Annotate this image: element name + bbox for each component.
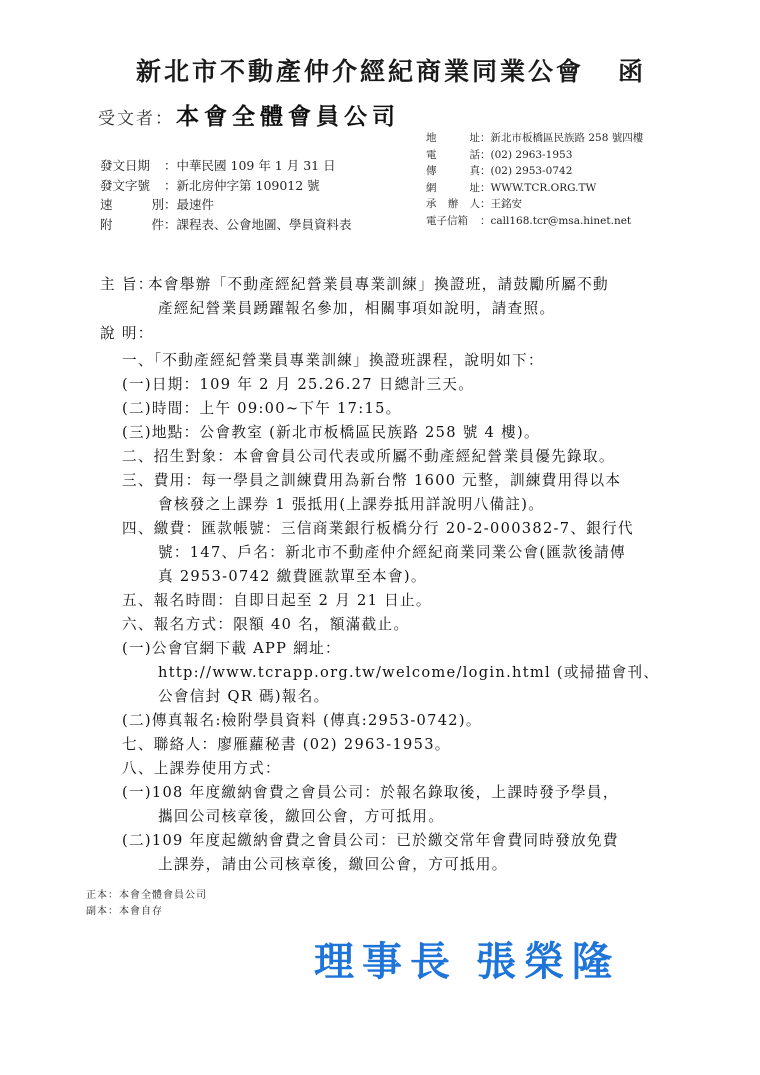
original-recipient: 正本：本會全體會員公司 — [86, 888, 207, 904]
organization-name: 新北市不動產仲介經紀商業同業公會 — [136, 57, 584, 86]
contact-row: 地址：新北市板橋區民族路 258 號四樓 — [426, 130, 643, 147]
meta-value: 新北房仲字第 109012 號 — [177, 176, 320, 196]
contact-row: 網址：WWW.TCR.ORG.TW — [426, 180, 643, 197]
contact-label-part: 話 — [470, 147, 481, 164]
explanation-line: 真 2953-0742 繳費匯款單至本會)。 — [158, 565, 427, 586]
contact-label-part: 辦 — [448, 196, 459, 213]
meta-row: 附件：課程表、公會地圖、學員資料表 — [100, 215, 352, 235]
explanation-line: (二)時間：上午 09:00~下午 17:15。 — [122, 397, 402, 418]
explanation-line: 二、招生對象：本會會員公司代表或所屬不動產經紀營業員優先錄取。 — [122, 445, 615, 466]
contact-label-part: 人 — [470, 196, 481, 213]
explanation-line: (二)傳真報名:檢附學員資料 (傳真:2953-0742)。 — [122, 709, 482, 730]
contact-label: 電話 — [426, 147, 480, 164]
contact-label-part: 址 — [470, 180, 481, 197]
colon: ： — [480, 163, 491, 180]
meta-label-part: 速 — [100, 195, 113, 215]
contact-row: 電子信箱：call168.tcr@msa.hinet.net — [426, 213, 643, 230]
subject-label: 主 旨： — [100, 273, 154, 294]
contact-row: 承辦人：王銘安 — [426, 196, 643, 213]
contact-row: 傳真：(02) 2953-0742 — [426, 163, 643, 180]
contact-label-part: 址 — [470, 130, 481, 147]
meta-label: 發文字號 — [100, 176, 164, 196]
subject-line-1: 本會舉辦「不動產經紀營業員專業訓練」換證班，請鼓勵所屬不動 — [148, 273, 609, 294]
contact-value: WWW.TCR.ORG.TW — [491, 180, 597, 197]
explanation-line: 公會信封 QR 碼)報名。 — [158, 685, 330, 706]
explanation-line: 八、上課券使用方式： — [122, 757, 281, 778]
distribution-block: 正本：本會全體會員公司 副本：本會自存 — [86, 888, 207, 920]
meta-label-part: 發文日期 — [100, 156, 150, 176]
explanation-label: 說 明： — [100, 322, 154, 343]
meta-row: 發文字號：新北房仲字第 109012 號 — [100, 176, 352, 196]
contact-label: 網址 — [426, 180, 480, 197]
explanation-line: 四、繳費：匯款帳號：三信商業銀行板橋分行 20-2-000382-7、銀行代 — [122, 517, 634, 538]
contact-label-part: 傳 — [426, 163, 437, 180]
explanation-line: (一)日期：109 年 2 月 25.26.27 日總計三天。 — [122, 373, 474, 394]
explanation-line: (二)109 年度起繳納會費之會員公司：已於繳交常年會費同時發放免費 — [122, 829, 619, 850]
contact-info-block: 地址：新北市板橋區民族路 258 號四樓電話：(02) 2963-1953傳真：… — [426, 130, 643, 229]
colon: ： — [480, 180, 491, 197]
explanation-line: 上課券，請由公司核章後，繳回公會，方可抵用。 — [158, 853, 508, 874]
colon: ： — [164, 156, 177, 176]
contact-label-part: 電子信箱 — [426, 213, 468, 230]
colon: ： — [480, 196, 491, 213]
meta-row: 速別：最速件 — [100, 195, 352, 215]
contact-value: (02) 2963-1953 — [491, 147, 573, 164]
colon: ： — [164, 215, 177, 235]
explanation-line: 三、費用：每一學員之訓練費用為新台幣 1600 元整，訓練費用得以本 — [122, 469, 621, 490]
chairman-signature-stamp: 理事長張榮隆 — [314, 930, 620, 987]
colon: ： — [164, 195, 177, 215]
meta-value: 最速件 — [177, 195, 215, 215]
explanation-line: (一)108 年度繳納會費之會員公司：於報名錄取後，上課時發予學員， — [122, 781, 619, 802]
meta-label-part: 別 — [151, 195, 164, 215]
contact-value: call168.tcr@msa.hinet.net — [491, 213, 632, 230]
meta-label-part: 附 — [100, 215, 113, 235]
contact-label: 傳真 — [426, 163, 480, 180]
meta-label: 附件 — [100, 215, 164, 235]
explanation-line: (三)地點：公會教室 (新北市板橋區民族路 258 號 4 樓)。 — [122, 421, 540, 442]
signature-title: 理事長 — [314, 939, 458, 985]
explanation-line: http://www.tcrapp.org.tw/welcome/login.h… — [158, 661, 659, 682]
contact-label: 地址 — [426, 130, 480, 147]
meta-label-part: 發文字號 — [100, 176, 150, 196]
contact-label-part: 真 — [470, 163, 481, 180]
meta-row: 發文日期：中華民國 109 年 1 月 31 日 — [100, 156, 352, 176]
explanation-line: 七、聯絡人：廖雁蘿秘書 (02) 2963-1953。 — [122, 733, 451, 754]
meta-value: 課程表、公會地圖、學員資料表 — [177, 215, 352, 235]
meta-value: 中華民國 109 年 1 月 31 日 — [177, 156, 336, 176]
contact-label: 承辦人 — [426, 196, 480, 213]
recipient-label: 受文者： — [98, 104, 174, 129]
document-title: 新北市不動產仲介經紀商業同業公會函 — [136, 52, 646, 88]
contact-label-part: 承 — [426, 196, 437, 213]
colon: ： — [480, 130, 491, 147]
explanation-line: 一、「不動產經紀營業員專業訓練」換證班課程，說明如下： — [122, 349, 544, 370]
colon: ： — [480, 147, 491, 164]
explanation-line: 會核發之上課券 1 張抵用(上課券抵用詳說明八備註)。 — [158, 493, 544, 514]
subject-line-2: 產經紀營業員踴躍報名參加，相關事項如說明，請查照。 — [158, 297, 555, 318]
contact-label-part: 網 — [426, 180, 437, 197]
colon: ： — [480, 213, 491, 230]
contact-row: 電話：(02) 2963-1953 — [426, 147, 643, 164]
document-meta-block: 發文日期：中華民國 109 年 1 月 31 日發文字號：新北房仲字第 1090… — [100, 156, 352, 234]
colon: ： — [164, 176, 177, 196]
explanation-line: 攜回公司核章後，繳回公會，方可抵用。 — [158, 805, 444, 826]
contact-value: (02) 2953-0742 — [491, 163, 573, 180]
contact-value: 王銘安 — [491, 196, 523, 213]
contact-label: 電子信箱 — [426, 213, 480, 230]
copy-recipient: 副本：本會自存 — [86, 904, 207, 920]
contact-label-part: 地 — [426, 130, 437, 147]
signature-name: 張榮隆 — [476, 939, 620, 985]
meta-label-part: 件 — [151, 215, 164, 235]
meta-label: 速別 — [100, 195, 164, 215]
explanation-line: 號：147、戶名：新北市不動產仲介經紀商業同業公會(匯款後請傳 — [158, 541, 626, 562]
document-type: 函 — [618, 57, 646, 86]
contact-label-part: 電 — [426, 147, 437, 164]
contact-value: 新北市板橋區民族路 258 號四樓 — [491, 130, 644, 147]
explanation-line: (一)公會官網下載 APP 網址： — [122, 637, 341, 658]
meta-label: 發文日期 — [100, 156, 164, 176]
explanation-line: 六、報名方式：限額 40 名，額滿截止。 — [122, 613, 409, 634]
explanation-line: 五、報名時間：自即日起至 2 月 21 日止。 — [122, 589, 432, 610]
recipient-value: 本會全體會員公司 — [176, 98, 400, 131]
